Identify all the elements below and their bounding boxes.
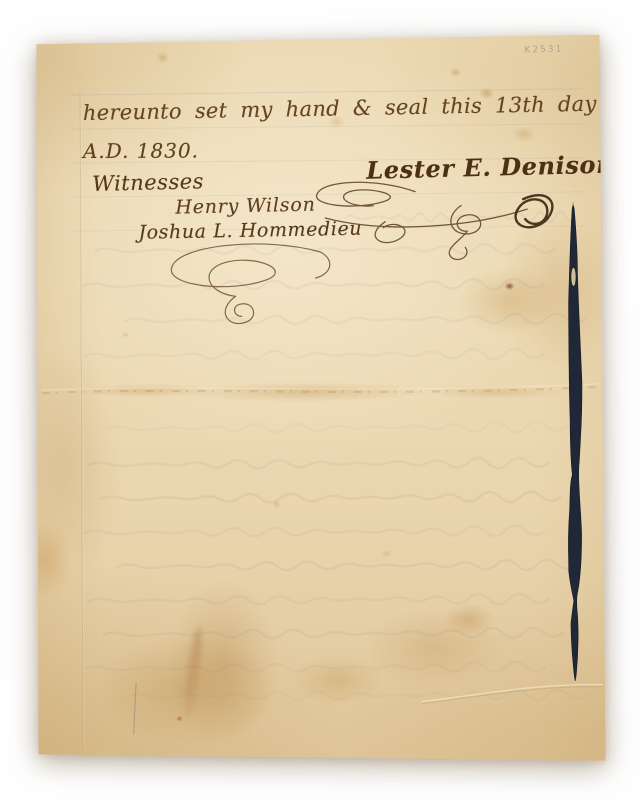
date-line: A.D. 1830.	[83, 139, 199, 164]
photo-background: hereunto set my hand & seal this 13th da…	[0, 0, 640, 800]
fold-crease-horizontal	[42, 384, 600, 394]
pencil-inventory-note: K2531	[524, 44, 563, 55]
document-page: hereunto set my hand & seal this 13th da…	[34, 33, 607, 765]
witnesses-label: Witnesses	[92, 169, 204, 196]
witness-flourish	[135, 240, 345, 341]
binding-ribbon	[559, 203, 591, 693]
document-photo: hereunto set my hand & seal this 13th da…	[0, 0, 640, 800]
